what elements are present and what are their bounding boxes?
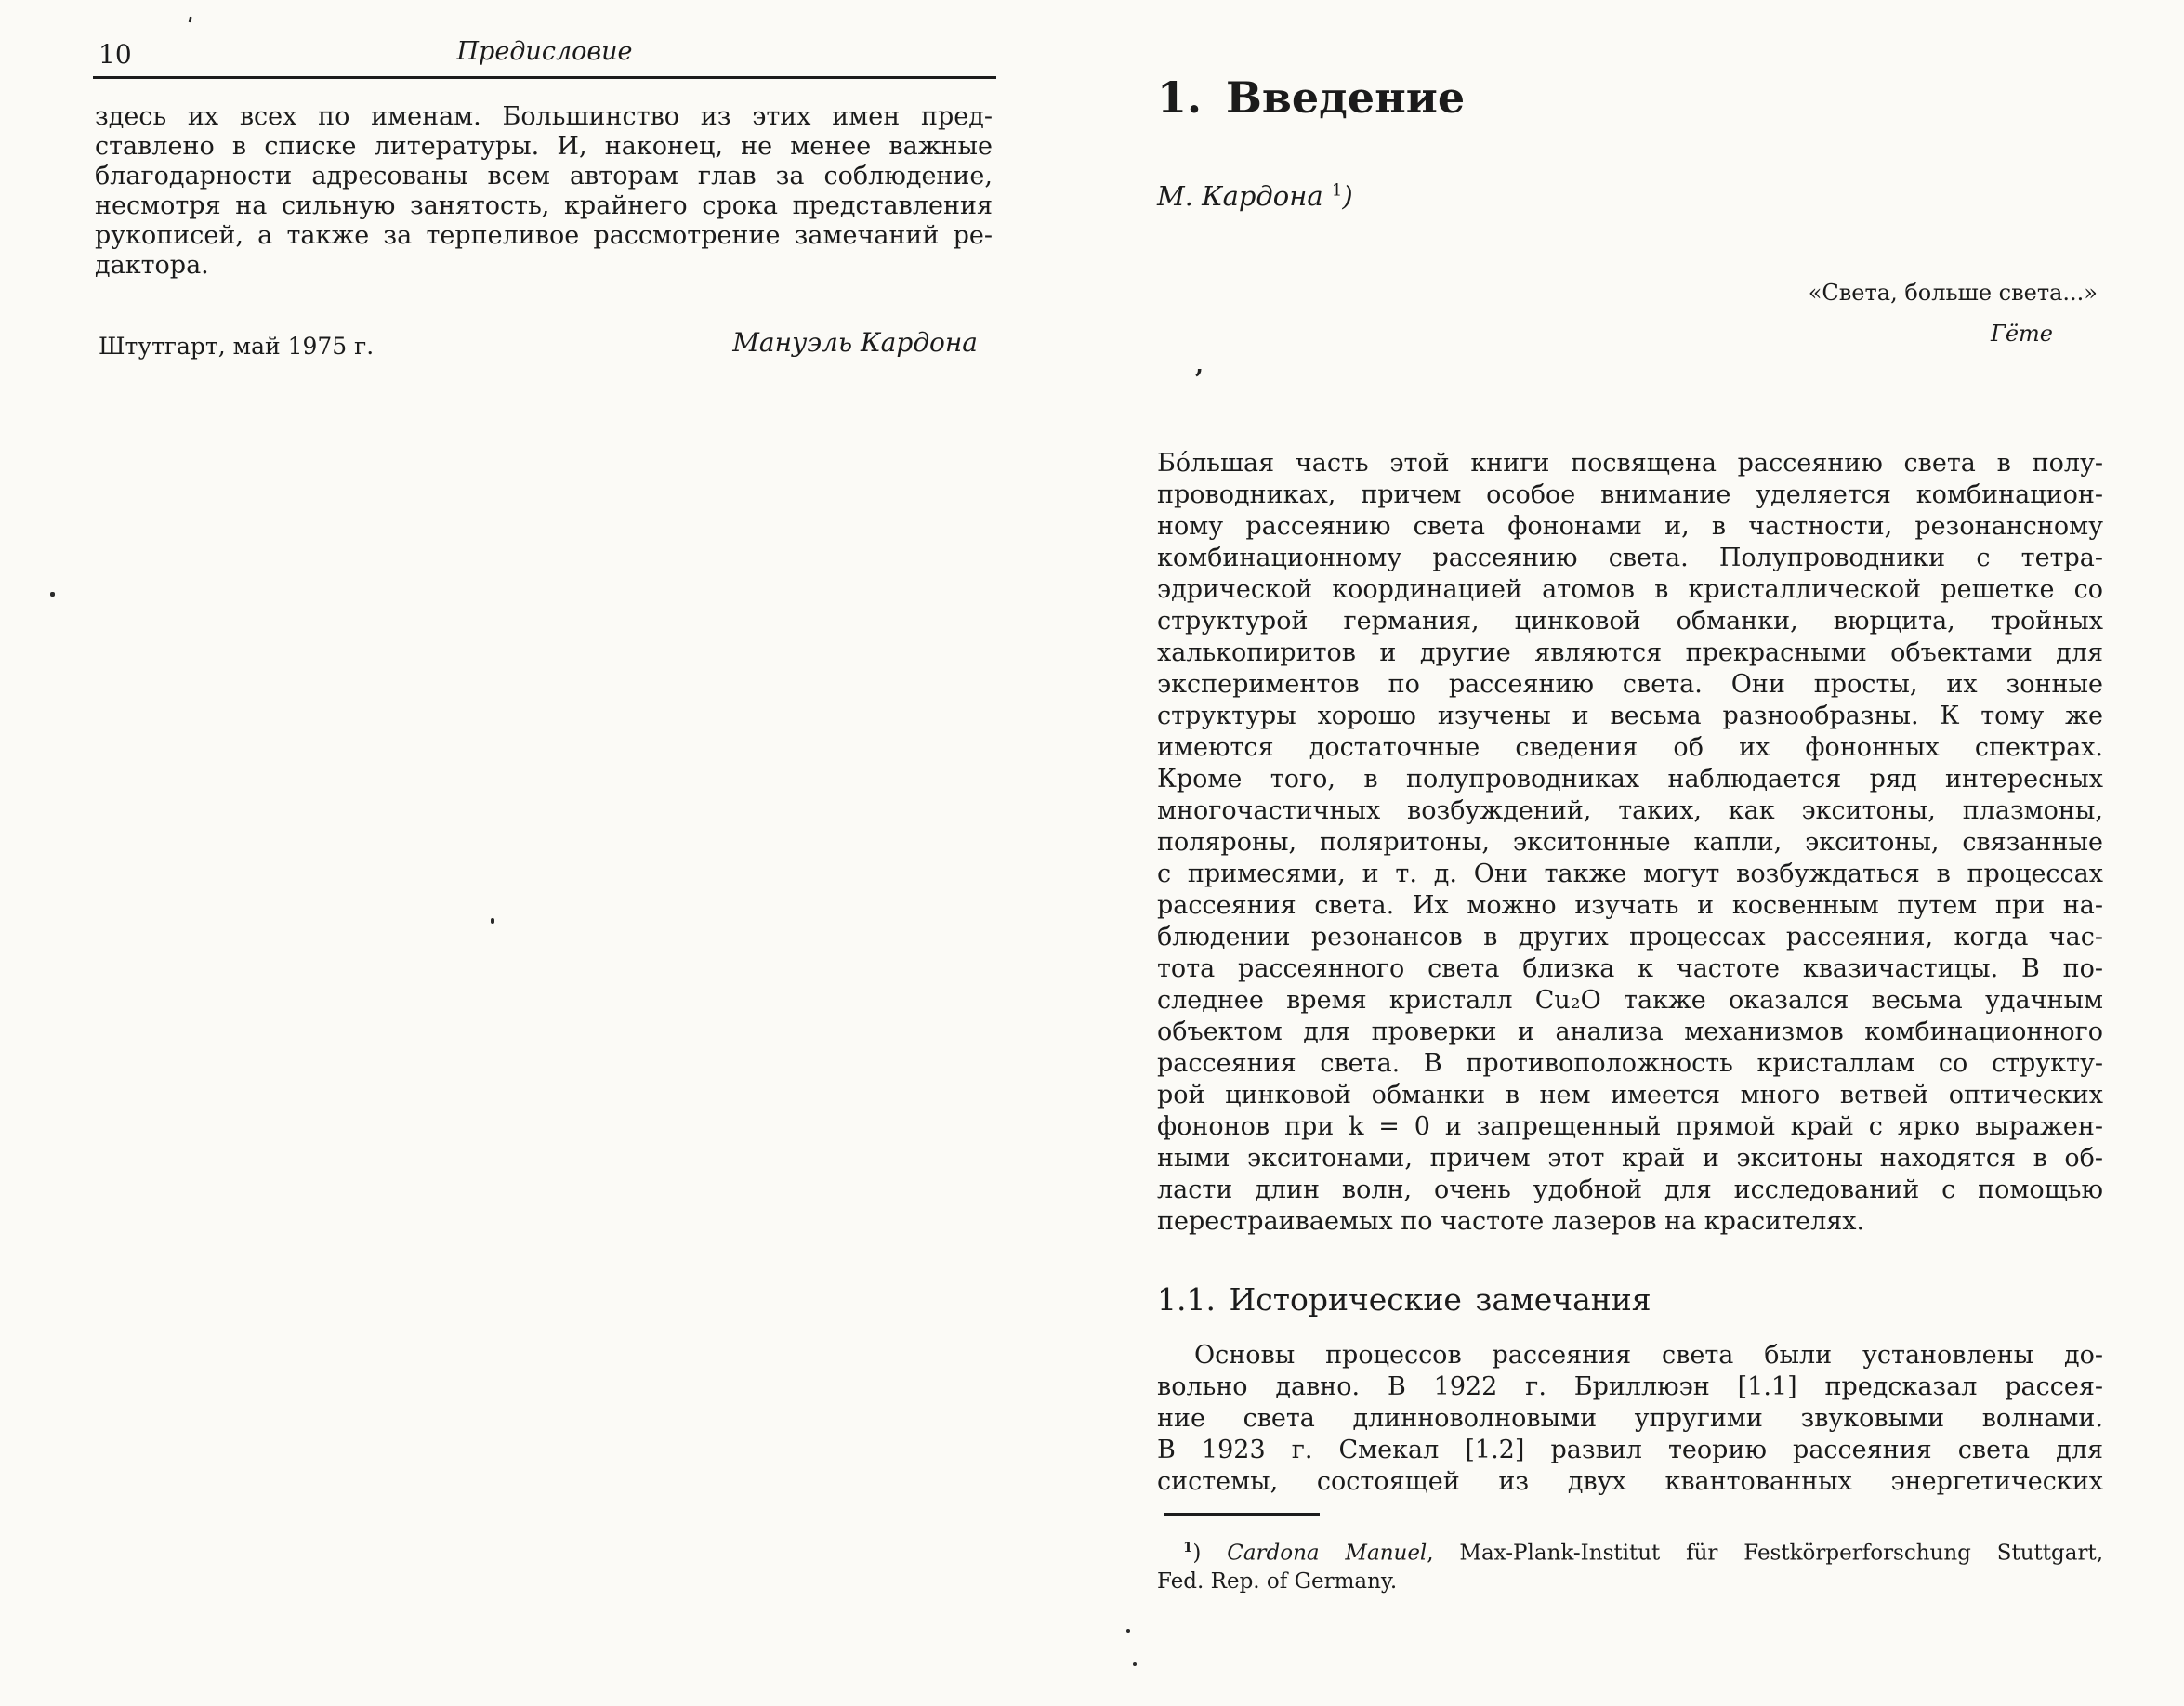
footnote-mark: 1 xyxy=(1183,1539,1192,1555)
preface-paragraph: здесь их всех по именам. Большинство из … xyxy=(95,102,993,281)
text-line: Бо́льшая часть этой книги посвящена расс… xyxy=(1157,448,2103,479)
author-name: М. Кардона xyxy=(1157,180,1323,212)
footnote-text: , Max-Plank-Institut für Festkörperforsc… xyxy=(1427,1542,2103,1566)
section-heading: 1.1. Исторические замечания xyxy=(1157,1284,1651,1315)
intro-paragraph: Бо́льшая часть этой книги посвящена расс… xyxy=(1157,448,2103,1238)
text-line: рой цинковой обманки в нем имеется много… xyxy=(1157,1080,2103,1111)
text-line: структурой германия, цинковой обманки, в… xyxy=(1157,606,2103,637)
signature-row: Штутгарт, май 1975 г. Мануэль Кардона xyxy=(95,327,993,364)
author-footnote-mark: 1 xyxy=(1332,180,1342,200)
chapter-author: М. Кардона 1) xyxy=(1157,180,1353,212)
text-line: системы, состоящей из двух квантованных … xyxy=(1157,1466,2103,1498)
text-line: следнее время кристалл Cu₂O также оказал… xyxy=(1157,985,2103,1017)
header-rule xyxy=(93,76,996,79)
text-line: поляроны, поляритоны, экситонные капли, … xyxy=(1157,827,2103,859)
text-line: комбинационному рассеянию света. Полупро… xyxy=(1157,543,2103,574)
text-line: с примесями, и т. д. Они также могут воз… xyxy=(1157,859,2103,890)
signature: Мануэль Кардона xyxy=(732,327,978,358)
left-page-header: 10 Предисловие xyxy=(93,37,996,74)
text-line: структуры хорошо изучены и весьма разноо… xyxy=(1157,701,2103,732)
epigraph-quote: «Света, больше света...» xyxy=(1157,279,2098,307)
text-line: эдрической координацией атомов в кристал… xyxy=(1157,574,2103,606)
text-line: ными экситонами, причем этот край и экси… xyxy=(1157,1143,2103,1175)
text-line: тота рассеянного света близка к частоте … xyxy=(1157,953,2103,985)
scan-artifact xyxy=(50,592,55,597)
footnote-author: Cardona Manuel xyxy=(1227,1542,1427,1566)
text-line: перестраиваемых по частоте лазеров на кр… xyxy=(1157,1206,2103,1238)
footnote-line-1: 1) Cardona Manuel, Max-Plank-Institut fü… xyxy=(1157,1533,2103,1568)
text-line: рукописей, а также за терпеливое рассмот… xyxy=(95,221,993,251)
text-line: Основы процессов рассеяния света были ус… xyxy=(1157,1340,2103,1371)
text-line: Кроме того, в полупроводниках наблюдаетс… xyxy=(1157,764,2103,795)
text-line: вольно давно. В 1922 г. Бриллюэн [1.1] п… xyxy=(1157,1371,2103,1403)
epigraph-attribution: Гёте xyxy=(1157,320,2098,348)
text-line: ние света длинноволновыми упругими звуко… xyxy=(1157,1403,2103,1435)
footnote-paren: ) xyxy=(1192,1542,1201,1566)
text-line: благодарности адресованы всем авторам гл… xyxy=(95,162,993,191)
text-line: халькопиритов и другие являются прекрасн… xyxy=(1157,637,2103,669)
scan-artifact: , xyxy=(1195,351,1204,379)
footnote-line-2: Fed. Rep. of Germany. xyxy=(1157,1568,2103,1595)
text-line: ласти длин волн, очень удобной для иссле… xyxy=(1157,1175,2103,1206)
scan-artifact xyxy=(491,918,494,924)
text-line: рассеяния света. В противоположность кри… xyxy=(1157,1048,2103,1080)
text-line: дактора. xyxy=(95,251,993,281)
running-title: Предисловие xyxy=(93,37,996,66)
text-line: фононов при k = 0 и запрещенный прямой к… xyxy=(1157,1111,2103,1143)
text-line: блюдении резонансов в других процессах р… xyxy=(1157,922,2103,953)
scan-artifact xyxy=(1126,1629,1130,1633)
scan-artifact: ' xyxy=(183,13,194,38)
author-footnote-paren: ) xyxy=(1342,180,1352,212)
text-line: рассеяния света. Их можно изучать и косв… xyxy=(1157,890,2103,922)
text-line: экспериментов по рассеянию света. Они пр… xyxy=(1157,669,2103,701)
chapter-heading: 1. Введение xyxy=(1157,76,1465,119)
book-spread: 10 Предисловие здесь их всех по именам. … xyxy=(0,0,2184,1706)
footnote: 1) Cardona Manuel, Max-Plank-Institut fü… xyxy=(1157,1533,2103,1595)
footnote-rule xyxy=(1164,1513,1320,1516)
epigraph: «Света, больше света...» Гёте xyxy=(1157,279,2098,348)
text-line: ному рассеянию света фононами и, в частн… xyxy=(1157,511,2103,543)
text-line: имеются достаточные сведения об их фонон… xyxy=(1157,732,2103,764)
dateline: Штутгарт, май 1975 г. xyxy=(99,333,374,360)
text-line: объектом для проверки и анализа механизм… xyxy=(1157,1017,2103,1048)
scan-artifact xyxy=(1133,1662,1137,1666)
text-line: многочастичных возбуждений, таких, как э… xyxy=(1157,795,2103,827)
text-line: проводниках, причем особое внимание удел… xyxy=(1157,479,2103,511)
text-line: В 1923 г. Смекал [1.2] развил теорию рас… xyxy=(1157,1435,2103,1466)
text-line: здесь их всех по именам. Большинство из … xyxy=(95,102,993,132)
text-line: ставлено в списке литературы. И, наконец… xyxy=(95,132,993,162)
text-line: несмотря на сильную занятость, крайнего … xyxy=(95,191,993,221)
section-paragraph: Основы процессов рассеяния света были ус… xyxy=(1157,1340,2103,1498)
